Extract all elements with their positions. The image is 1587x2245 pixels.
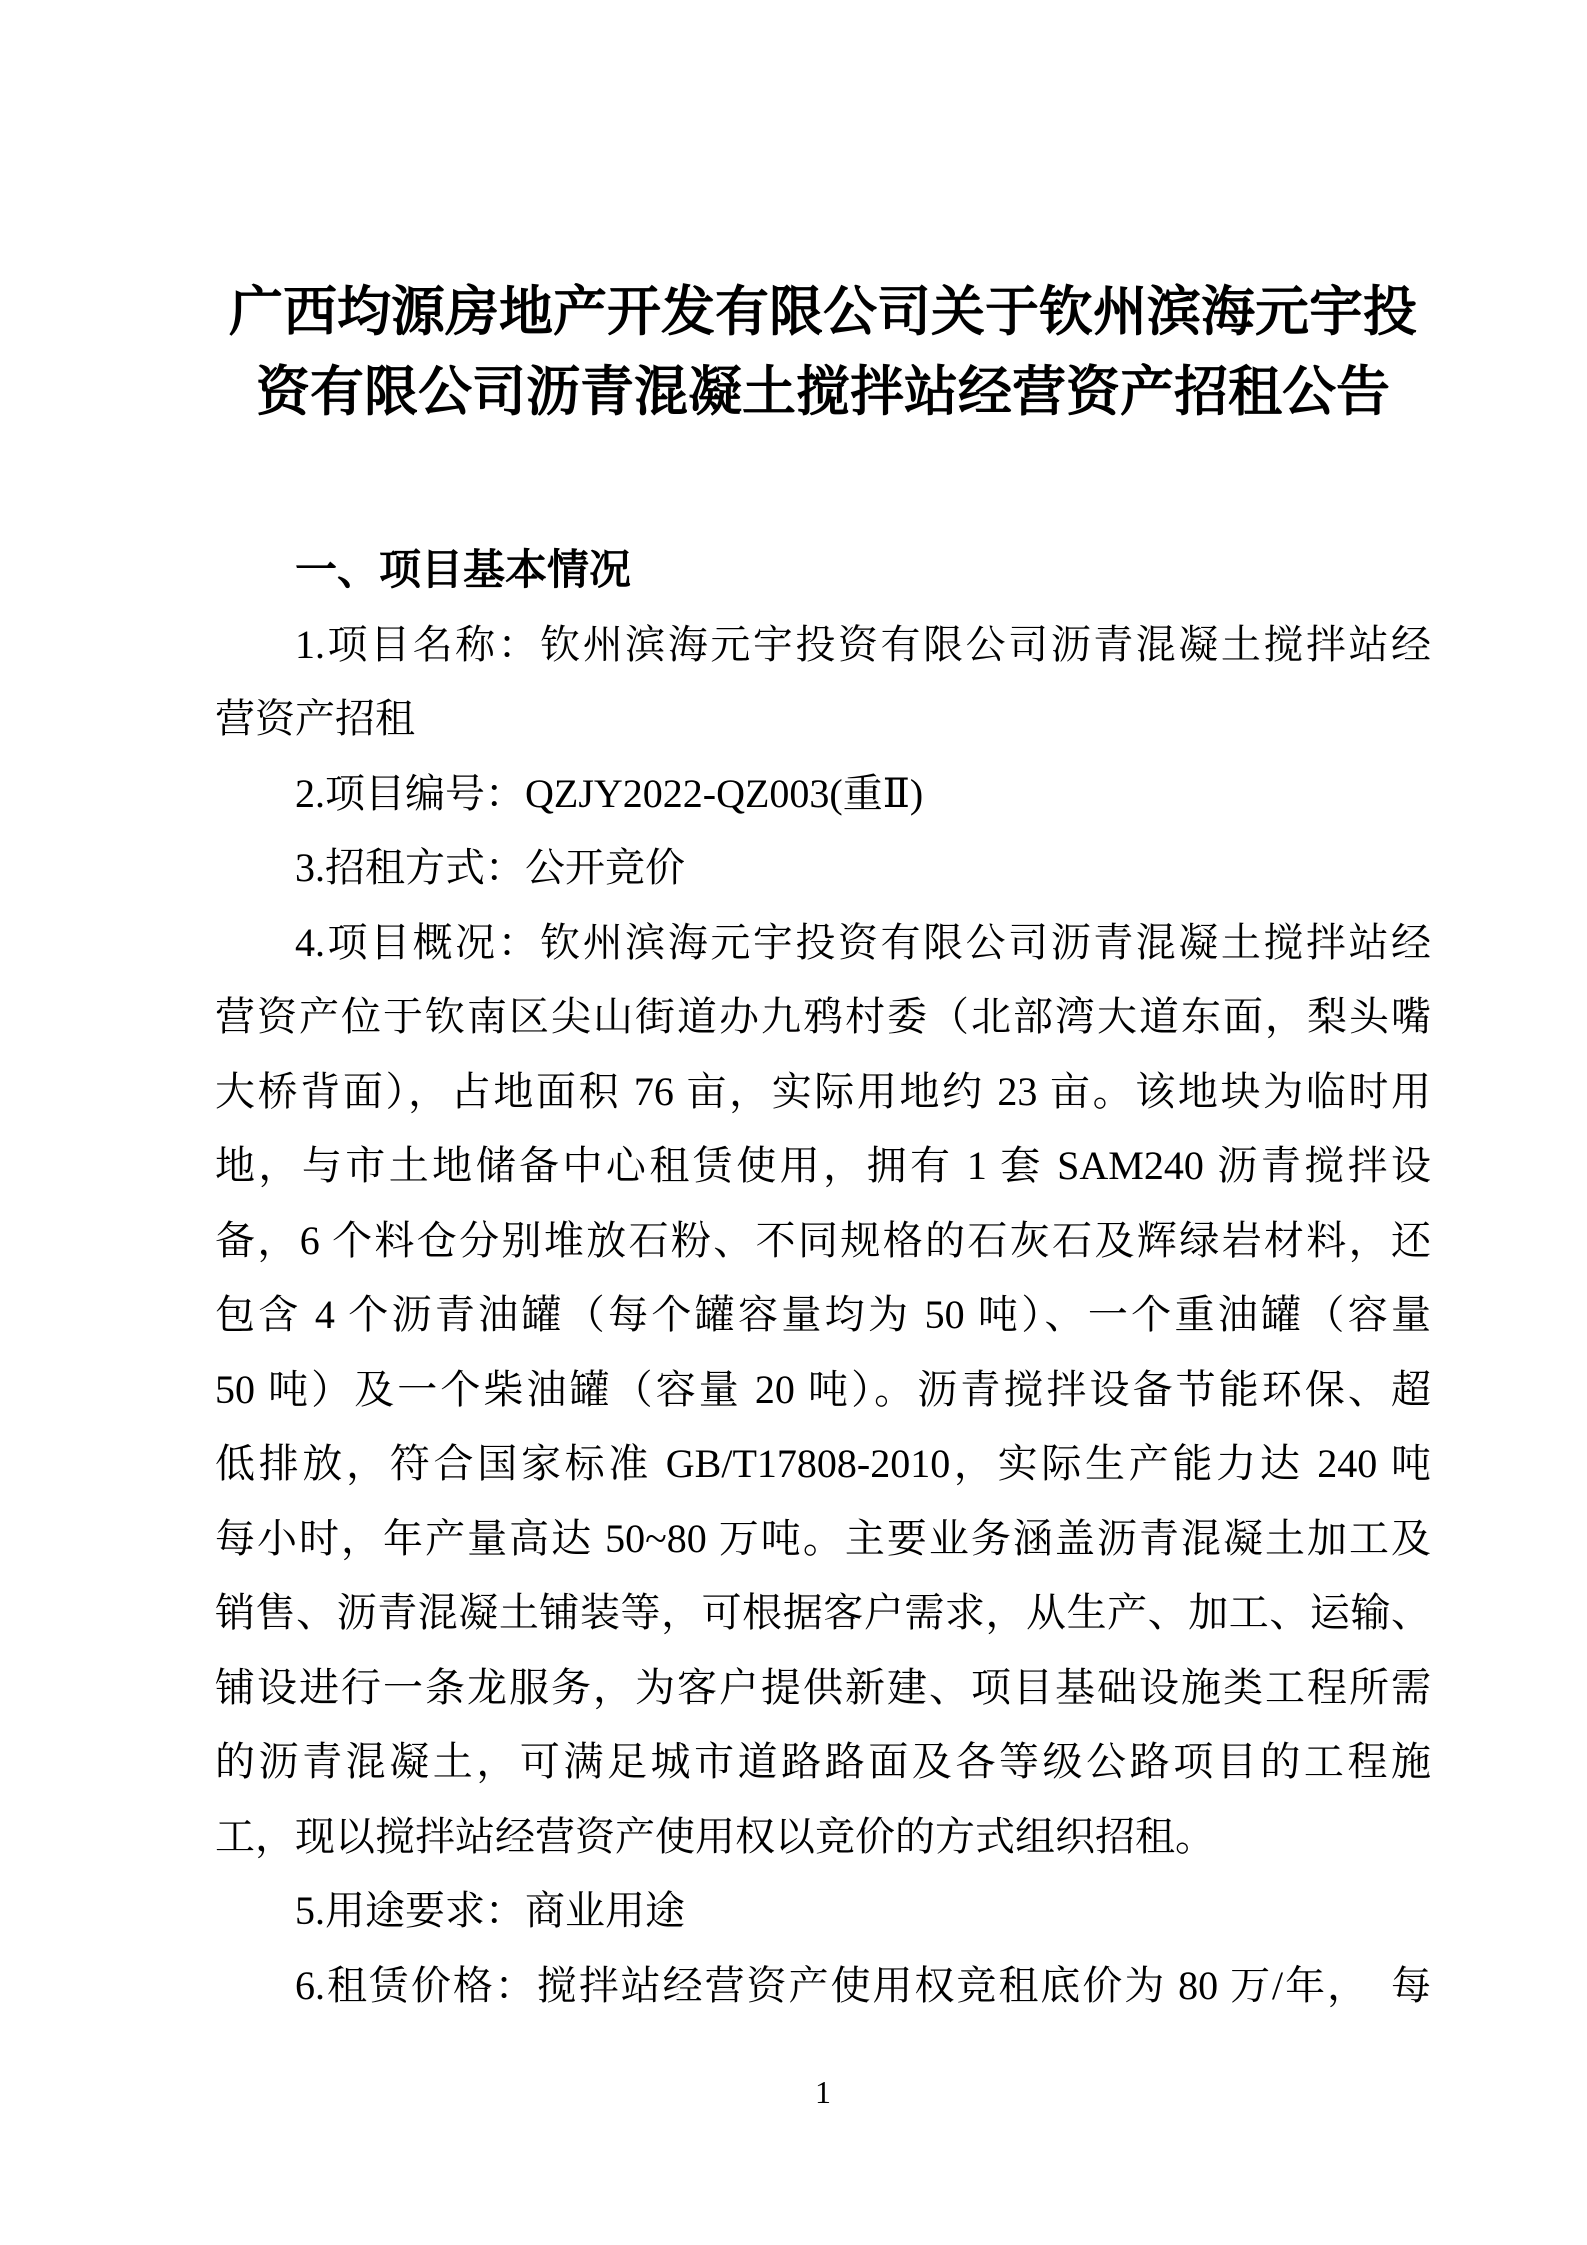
body-line: 大桥背面），占地面积 76 亩，实际用地约 23 亩。该地块为临时用 — [215, 1055, 1431, 1130]
section-heading: 一、项目基本情况 — [215, 533, 1431, 608]
body-line: 1.项目名称：钦州滨海元宇投资有限公司沥青混凝土搅拌站经 — [215, 608, 1431, 683]
body-line: 销售、沥青混凝土铺装等，可根据客户需求，从生产、加工、运输、 — [215, 1576, 1431, 1651]
body-line: 工，现以搅拌站经营资产使用权以竞价的方式组织招租。 — [215, 1800, 1431, 1875]
body-line: 包含 4 个沥青油罐（每个罐容量均为 50 吨）、一个重油罐（容量 — [215, 1278, 1431, 1353]
body-line: 营资产招租 — [215, 682, 1431, 757]
document-title-line-2: 资有限公司沥青混凝土搅拌站经营资产招租公告 — [215, 352, 1431, 432]
page-number: 1 — [215, 2072, 1431, 2112]
body-line: 营资产位于钦南区尖山街道办九鸦村委（北部湾大道东面，梨头嘴 — [215, 980, 1431, 1055]
document-title-line-1: 广西均源房地产开发有限公司关于钦州滨海元宇投 — [215, 272, 1431, 352]
body-line: 4.项目概况：钦州滨海元宇投资有限公司沥青混凝土搅拌站经 — [215, 906, 1431, 981]
body-line: 2.项目编号：QZJY2022-QZ003(重Ⅱ) — [215, 757, 1431, 832]
document-body: 一、项目基本情况 1.项目名称：钦州滨海元宇投资有限公司沥青混凝土搅拌站经营资产… — [215, 533, 1431, 2023]
body-line: 6.租赁价格：搅拌站经营资产使用权竞租底价为 80 万/年， 每 — [215, 1949, 1431, 2024]
body-line: 每小时，年产量高达 50~80 万吨。主要业务涵盖沥青混凝土加工及 — [215, 1502, 1431, 1577]
body-line: 的沥青混凝土，可满足城市道路路面及各等级公路项目的工程施 — [215, 1725, 1431, 1800]
paragraphs-container: 1.项目名称：钦州滨海元宇投资有限公司沥青混凝土搅拌站经营资产招租2.项目编号：… — [215, 608, 1431, 2024]
body-line: 3.招租方式：公开竞价 — [215, 831, 1431, 906]
body-line: 铺设进行一条龙服务，为客户提供新建、项目基础设施类工程所需 — [215, 1651, 1431, 1726]
body-line: 50 吨）及一个柴油罐（容量 20 吨）。沥青搅拌设备节能环保、超 — [215, 1353, 1431, 1428]
body-line: 地，与市土地储备中心租赁使用，拥有 1 套 SAM240 沥青搅拌设 — [215, 1129, 1431, 1204]
body-line: 备，6 个料仓分别堆放石粉、不同规格的石灰石及辉绿岩材料，还 — [215, 1204, 1431, 1279]
body-line: 低排放，符合国家标准 GB/T17808-2010，实际生产能力达 240 吨 — [215, 1427, 1431, 1502]
body-line: 5.用途要求：商业用途 — [215, 1874, 1431, 1949]
document-title: 广西均源房地产开发有限公司关于钦州滨海元宇投 资有限公司沥青混凝土搅拌站经营资产… — [215, 272, 1431, 432]
document-page: 广西均源房地产开发有限公司关于钦州滨海元宇投 资有限公司沥青混凝土搅拌站经营资产… — [0, 0, 1587, 2245]
